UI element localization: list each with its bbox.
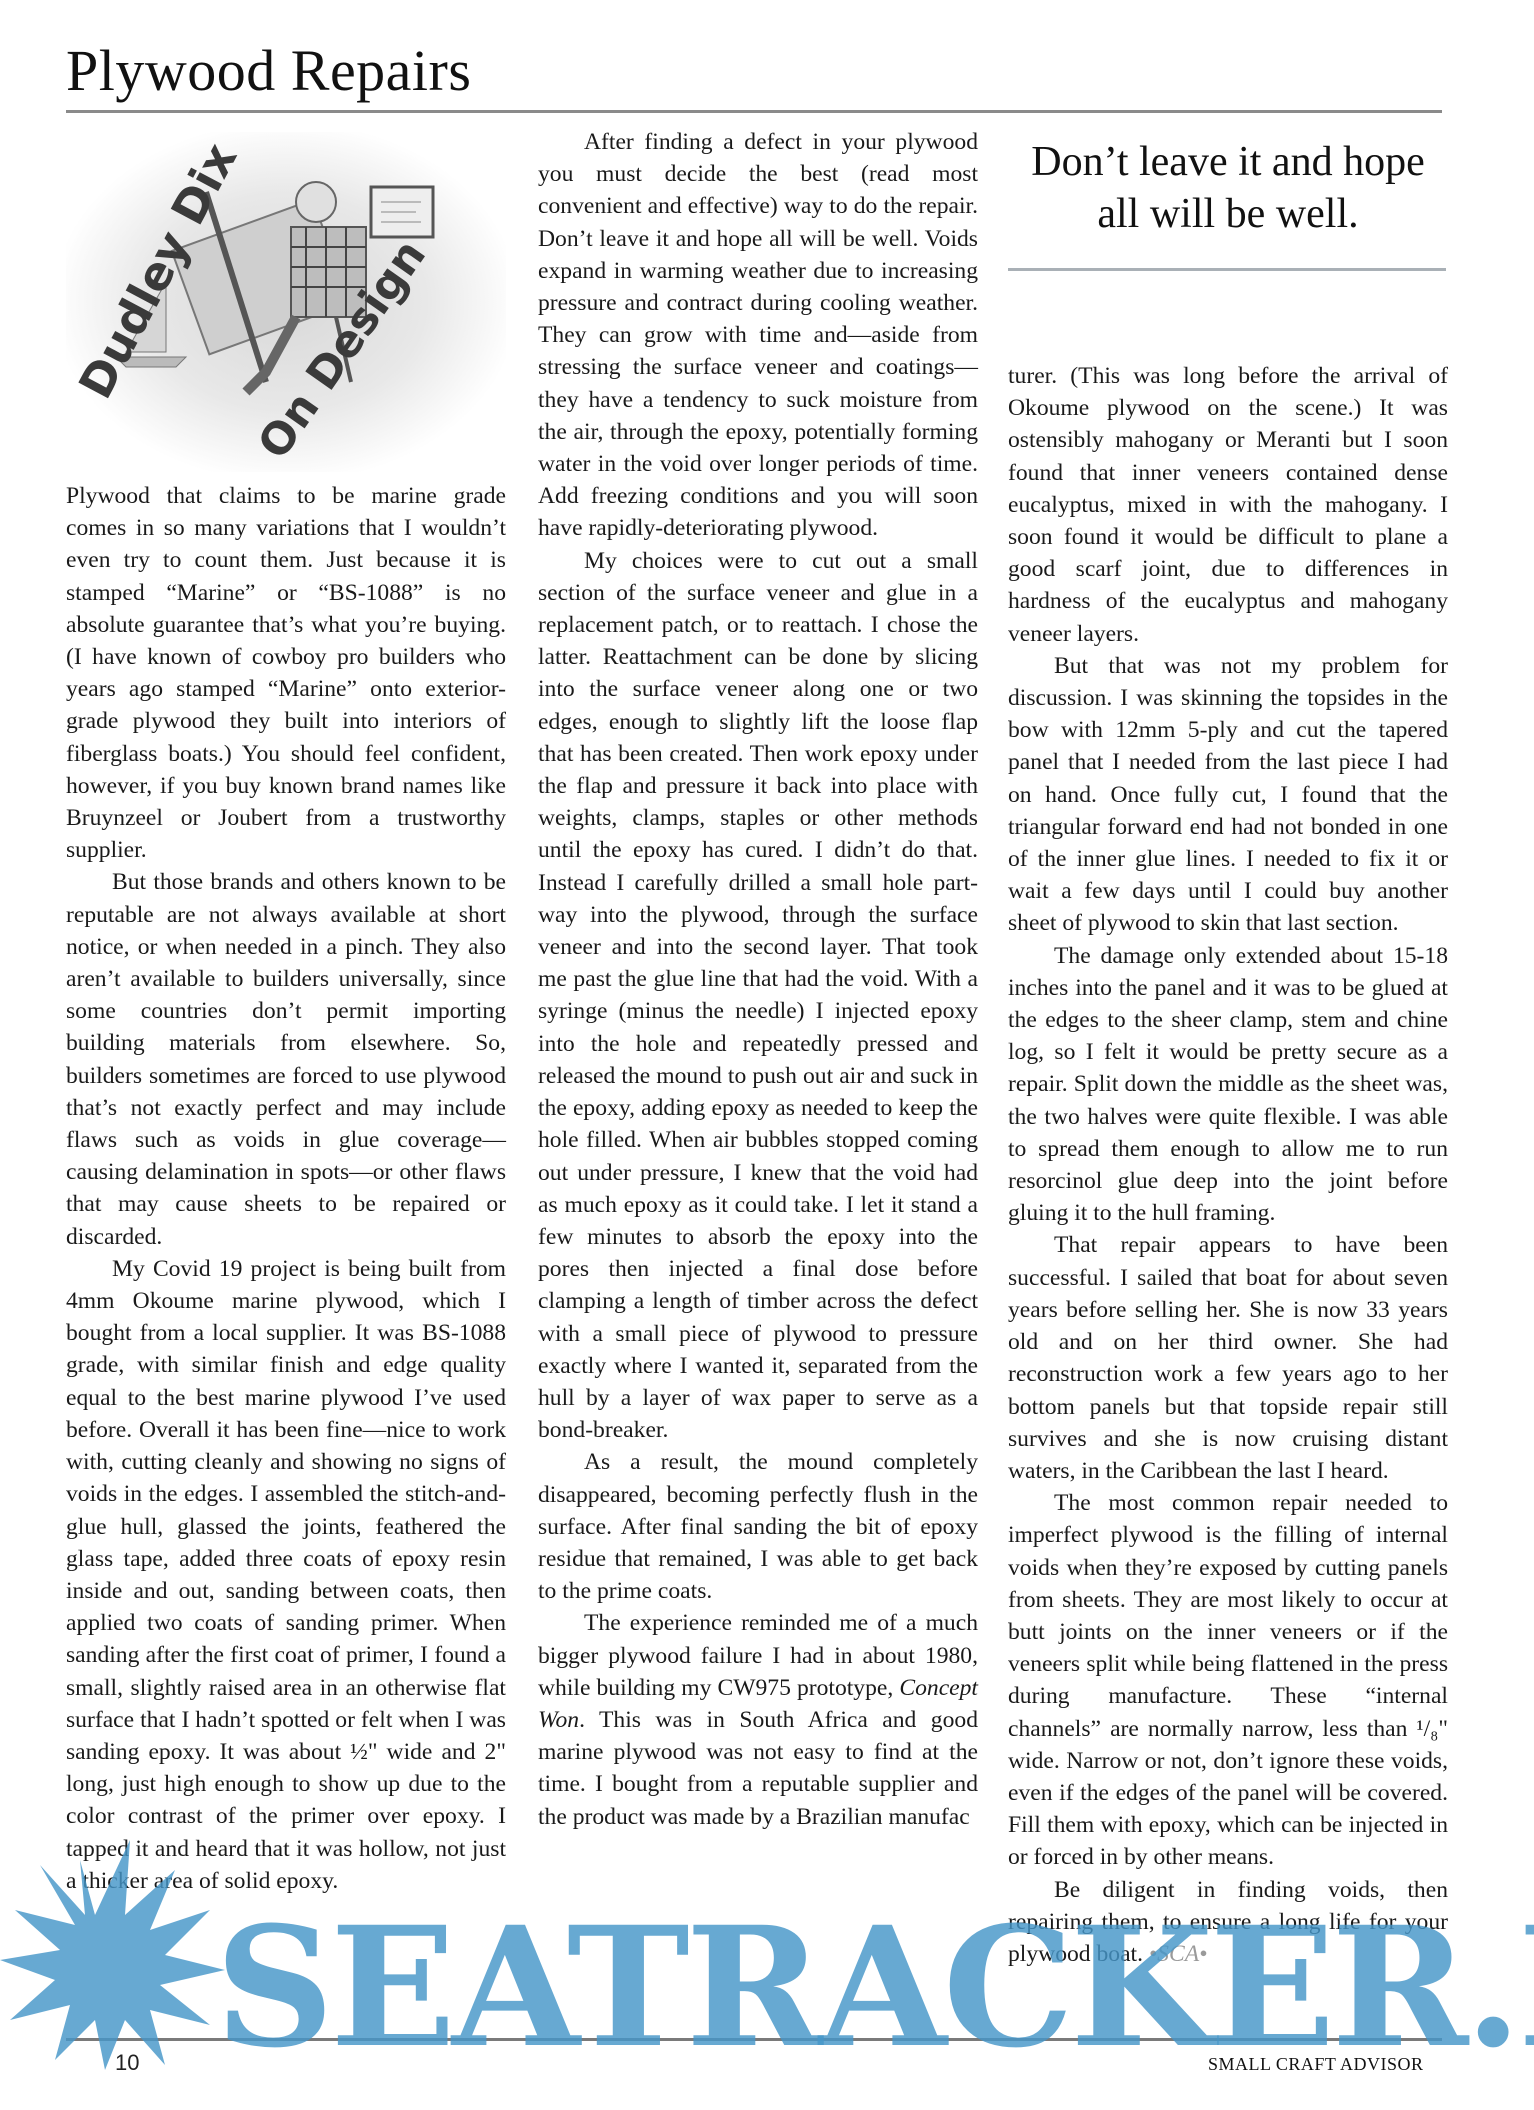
- paragraph: But that was not my problem for discussi…: [1008, 650, 1448, 940]
- paragraph: After finding a defect in your plywood y…: [538, 126, 978, 545]
- article-column-1: Dudley Dix On Design Plywood that claims…: [66, 126, 506, 1897]
- paragraph: Be diligent in finding voids, then repai…: [1008, 1874, 1448, 1971]
- footer-divider: [66, 2038, 1442, 2041]
- page-title: Plywood Repairs: [66, 36, 471, 106]
- pull-quote-divider: [1008, 268, 1446, 271]
- paragraph: My Covid 19 project is being built from …: [66, 1253, 506, 1897]
- paragraph: As a result, the mound completely disapp…: [538, 1446, 978, 1607]
- end-mark: •SCA•: [1149, 1941, 1207, 1967]
- article-column-3: turer. (This was long before the arrival…: [1008, 360, 1448, 1970]
- paragraph: The damage only extended about 15-18 inc…: [1008, 940, 1448, 1230]
- column-logo-illustration: Dudley Dix On Design: [66, 132, 506, 472]
- paragraph: The experience reminded me of a much big…: [538, 1607, 978, 1832]
- paragraph: Plywood that claims to be marine grade c…: [66, 480, 506, 866]
- title-divider: [66, 110, 1442, 113]
- paragraph: That repair appears to have been success…: [1008, 1229, 1448, 1487]
- page-number: 10: [115, 2050, 139, 2076]
- paragraph: The most common repair needed to imperfe…: [1008, 1487, 1448, 1873]
- pull-quote: Don’t leave it and hope all will be well…: [1008, 136, 1448, 240]
- paragraph: turer. (This was long before the arrival…: [1008, 360, 1448, 650]
- article-column-2: After finding a defect in your plywood y…: [538, 126, 978, 1833]
- paragraph: But those brands and others known to be …: [66, 866, 506, 1252]
- magazine-name: SMALL CRAFT ADVISOR: [1208, 2054, 1424, 2075]
- paragraph: My choices were to cut out a small secti…: [538, 545, 978, 1447]
- designer-cartoon-icon: Dudley Dix On Design: [66, 132, 506, 472]
